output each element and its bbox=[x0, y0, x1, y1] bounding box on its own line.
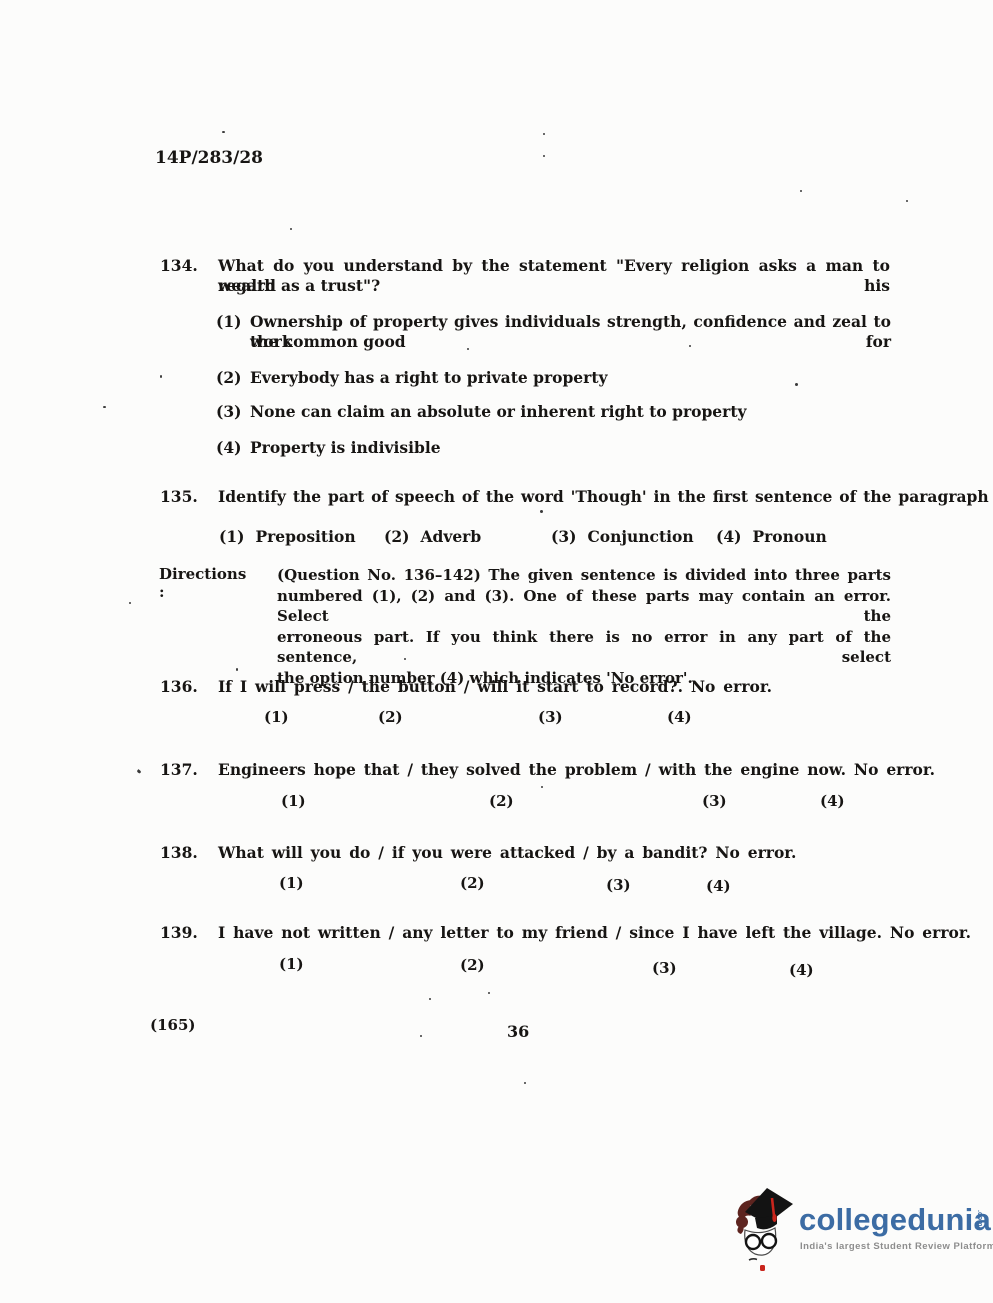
part-label: (4) bbox=[706, 877, 731, 895]
option-label: (1) bbox=[216, 312, 241, 331]
scan-speck bbox=[524, 1082, 526, 1084]
option-text-line: Everybody has a right to private propert… bbox=[250, 368, 608, 388]
question-number: 134. bbox=[160, 256, 212, 275]
part-label: (2) bbox=[460, 956, 485, 974]
part-label: (4) bbox=[667, 708, 692, 726]
question-text-line: wealth as a trust"? bbox=[218, 276, 380, 296]
part-label: (3) bbox=[538, 708, 563, 726]
question-sentence: Engineers hope that / they solved the pr… bbox=[218, 760, 935, 780]
question-sentence: If I will press / the button / will it s… bbox=[218, 677, 772, 697]
collegedunia-brand-suffix: .com bbox=[976, 1210, 983, 1226]
scan-speck bbox=[800, 190, 802, 192]
option-text: Pronoun bbox=[752, 527, 826, 546]
option-text-line: the common good bbox=[250, 332, 406, 352]
scan-speck bbox=[540, 510, 543, 513]
option-label: (4) bbox=[216, 438, 241, 457]
part-label: (2) bbox=[378, 708, 403, 726]
collegedunia-brand-text: collegedunia bbox=[799, 1202, 991, 1238]
collegedunia-tagline: India's largest Student Review Platform bbox=[800, 1241, 993, 1252]
option-label: (1) bbox=[219, 527, 244, 546]
scan-speck bbox=[103, 406, 106, 408]
option-text: Preposition bbox=[255, 527, 355, 546]
directions-line: numbered (1), (2) and (3). One of these … bbox=[277, 586, 891, 627]
part-label: (3) bbox=[702, 792, 727, 810]
part-label: (2) bbox=[460, 874, 485, 892]
option-label: (3) bbox=[216, 402, 241, 421]
scan-speck bbox=[795, 383, 798, 386]
question-sentence: What will you do / if you were attacked … bbox=[218, 843, 796, 863]
part-label: (1) bbox=[279, 874, 304, 892]
option-inline: (4)Pronoun bbox=[716, 527, 827, 546]
paper-code: 14P/283/28 bbox=[155, 148, 263, 168]
exam-paper-page: 14P/283/28 134. What do you understand b… bbox=[0, 0, 993, 1303]
scan-speck bbox=[129, 602, 131, 604]
part-label: (1) bbox=[279, 955, 304, 973]
scan-speck bbox=[429, 998, 431, 1000]
option-inline: (1)Preposition bbox=[219, 527, 356, 546]
part-label: (4) bbox=[789, 961, 814, 979]
part-label: (4) bbox=[820, 792, 845, 810]
question-text-line: Identify the part of speech of the word … bbox=[218, 487, 989, 507]
booklet-code: (165) bbox=[150, 1016, 196, 1034]
option-text: Adverb bbox=[420, 527, 481, 546]
question-number: 135. bbox=[160, 487, 212, 506]
scan-speck bbox=[137, 769, 142, 774]
scan-speck bbox=[543, 155, 545, 157]
collegedunia-mascot-icon bbox=[733, 1186, 797, 1272]
option-text-line: None can claim an absolute or inherent r… bbox=[250, 402, 747, 422]
scan-speck bbox=[290, 228, 292, 230]
question-number: 136. bbox=[160, 677, 212, 696]
scan-speck bbox=[467, 348, 469, 350]
directions-label: Directions : bbox=[159, 565, 246, 601]
question-number: 138. bbox=[160, 843, 212, 862]
option-text: Conjunction bbox=[587, 527, 693, 546]
scan-speck bbox=[543, 133, 545, 135]
part-label: (1) bbox=[281, 792, 306, 810]
scan-speck bbox=[541, 786, 543, 788]
question-number: 139. bbox=[160, 923, 212, 942]
scan-speck bbox=[222, 131, 225, 133]
scan-speck bbox=[160, 375, 162, 378]
scan-speck bbox=[236, 668, 238, 671]
option-label: (4) bbox=[716, 527, 741, 546]
question-number: 137. bbox=[160, 760, 212, 779]
directions-line: erroneous part. If you think there is no… bbox=[277, 627, 891, 668]
option-text-line: Property is indivisible bbox=[250, 438, 441, 458]
option-inline: (3)Conjunction bbox=[551, 527, 694, 546]
scan-speck bbox=[404, 658, 406, 660]
part-label: (3) bbox=[652, 959, 677, 977]
part-label: (2) bbox=[489, 792, 514, 810]
collegedunia-logo: collegedunia .com India's largest Studen… bbox=[733, 1186, 985, 1272]
scan-speck bbox=[488, 992, 490, 994]
part-label: (1) bbox=[264, 708, 289, 726]
page-number: 36 bbox=[507, 1022, 529, 1041]
part-label: (3) bbox=[606, 876, 631, 894]
directions-line: (Question No. 136–142) The given sentenc… bbox=[277, 565, 891, 586]
directions-text: (Question No. 136–142) The given sentenc… bbox=[277, 565, 891, 688]
option-label: (2) bbox=[384, 527, 409, 546]
option-inline: (2)Adverb bbox=[384, 527, 481, 546]
option-label: (3) bbox=[551, 527, 576, 546]
option-label: (2) bbox=[216, 368, 241, 387]
scan-speck bbox=[906, 200, 908, 202]
scan-speck bbox=[420, 1035, 422, 1037]
question-sentence: I have not written / any letter to my fr… bbox=[218, 923, 971, 943]
scan-speck bbox=[689, 345, 691, 347]
